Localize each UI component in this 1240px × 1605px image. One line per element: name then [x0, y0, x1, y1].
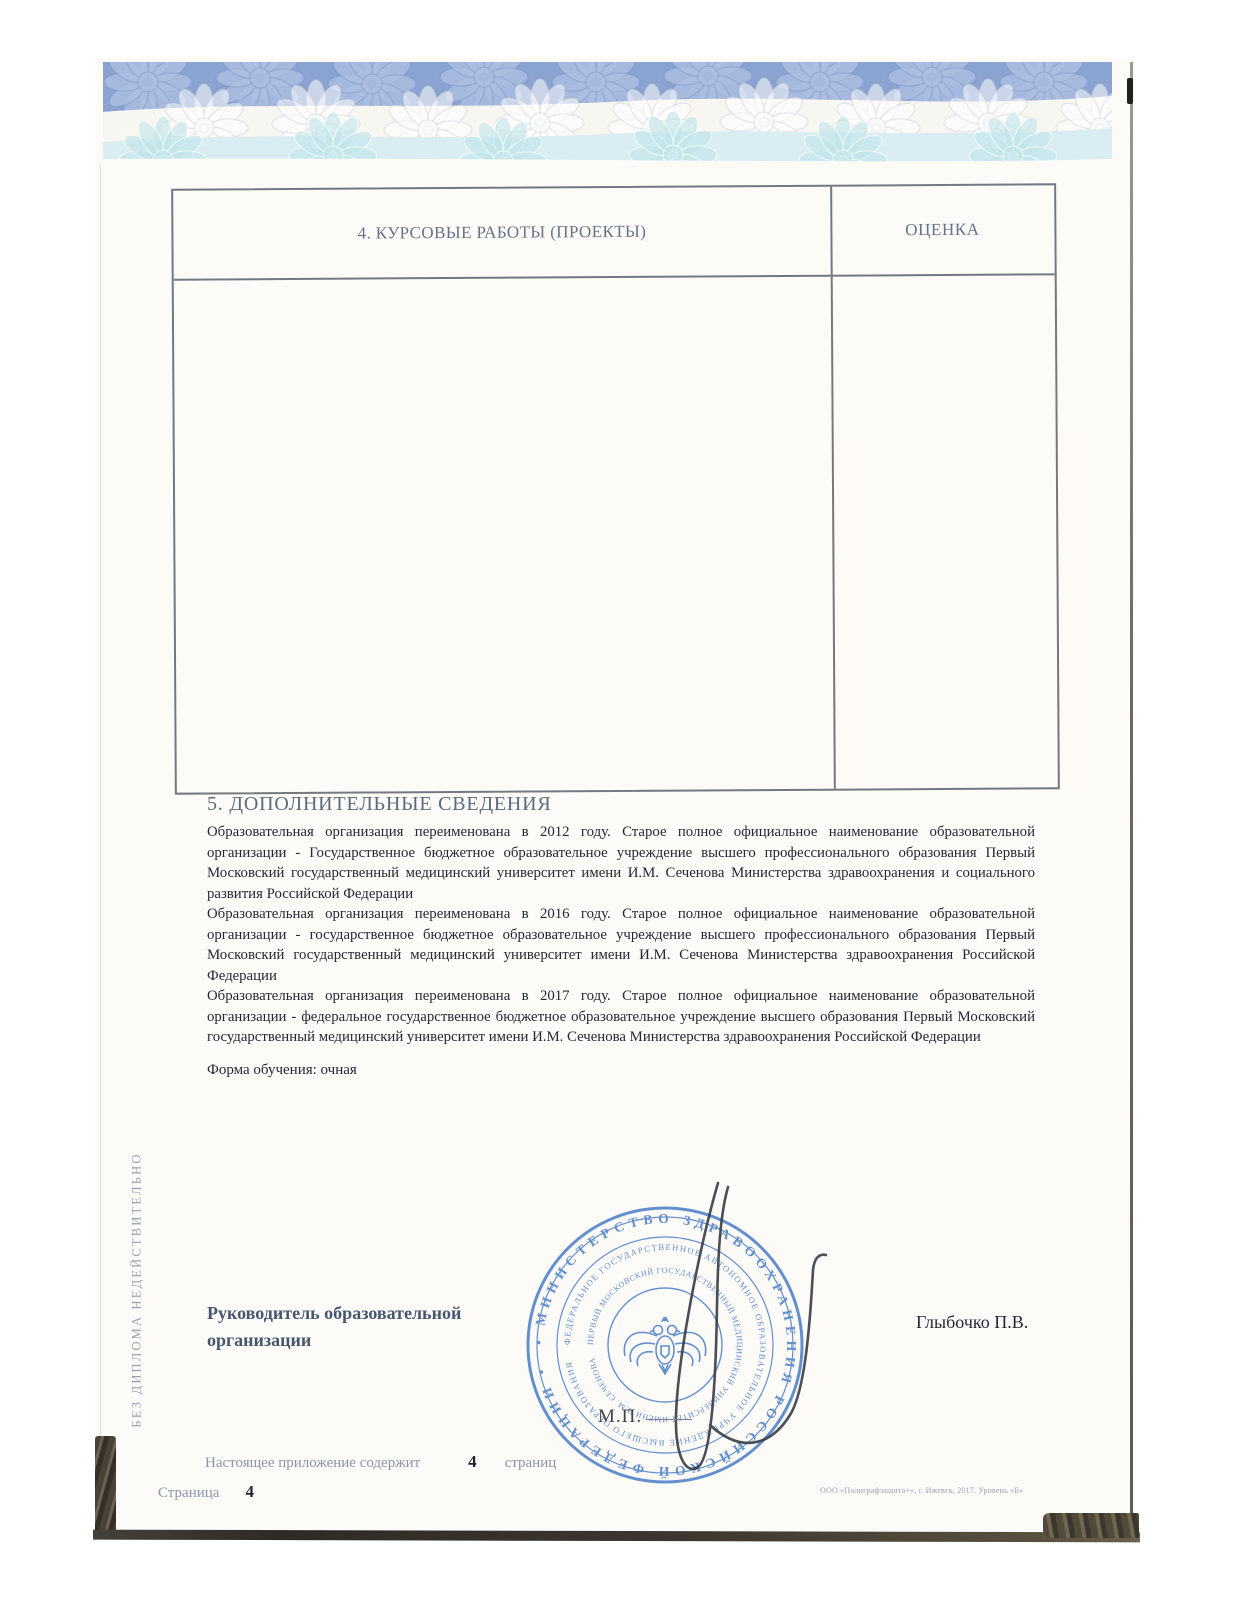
- head-role-line1: Руководитель образовательной: [207, 1300, 461, 1327]
- handwritten-signature: [620, 1175, 850, 1490]
- rename-2016-paragraph: Образовательная организация переименован…: [207, 904, 1035, 986]
- table-column-divider: [830, 187, 836, 789]
- page-label: Страница: [158, 1485, 219, 1501]
- no-diploma-invalid-vertical-text: БЕЗ ДИПЛОМА НЕДЕЙСТВИТЕЛЬНО: [130, 1152, 145, 1427]
- page-number: 4: [245, 1482, 254, 1501]
- page-number-line: Страница4: [158, 1482, 254, 1502]
- page-right-edge-mark: [1127, 78, 1133, 104]
- head-role-line2: организации: [207, 1327, 461, 1354]
- head-name: Глыбочко П.В.: [916, 1312, 1028, 1333]
- table-header-grade: ОЦЕНКА: [832, 185, 1053, 274]
- scan-bottom-right-edge: [1043, 1513, 1139, 1538]
- appendix-pages-count: 4: [468, 1452, 477, 1471]
- scan-bottom-edge: [93, 1530, 1140, 1543]
- scan-bottom-left-edge: [95, 1436, 116, 1538]
- section5-heading: 5. ДОПОЛНИТЕЛЬНЫЕ СВЕДЕНИЯ: [207, 793, 552, 816]
- page-left-edge: [100, 165, 101, 1445]
- study-form-line: Форма обучения: очная: [207, 1062, 357, 1079]
- rename-2012-paragraph: Образовательная организация переименован…: [207, 822, 1035, 904]
- appendix-pages-word: страниц: [505, 1455, 557, 1471]
- section5-paragraphs: Образовательная организация переименован…: [207, 822, 1035, 1048]
- seal-place-mark: М.П.: [598, 1406, 692, 1428]
- rename-2017-paragraph: Образовательная организация переименован…: [207, 986, 1035, 1048]
- printer-security-mark: ООО «Полиграфзащита+», г. Ижевск, 2017. …: [820, 1486, 1023, 1495]
- head-of-organization-label: Руководитель образовательной организации: [207, 1300, 461, 1354]
- appendix-contains-label: Настоящее приложение содержит: [205, 1455, 420, 1471]
- page-right-edge: [1130, 62, 1133, 1540]
- coursework-table: 4. КУРСОВЫЕ РАБОТЫ (ПРОЕКТЫ) ОЦЕНКА: [171, 183, 1060, 794]
- guilloche-security-band: [103, 62, 1112, 168]
- appendix-pages-line: Настоящее приложение содержит4страниц: [205, 1452, 556, 1472]
- table-header-courseworks: 4. КУРСОВЫЕ РАБОТЫ (ПРОЕКТЫ): [173, 187, 831, 279]
